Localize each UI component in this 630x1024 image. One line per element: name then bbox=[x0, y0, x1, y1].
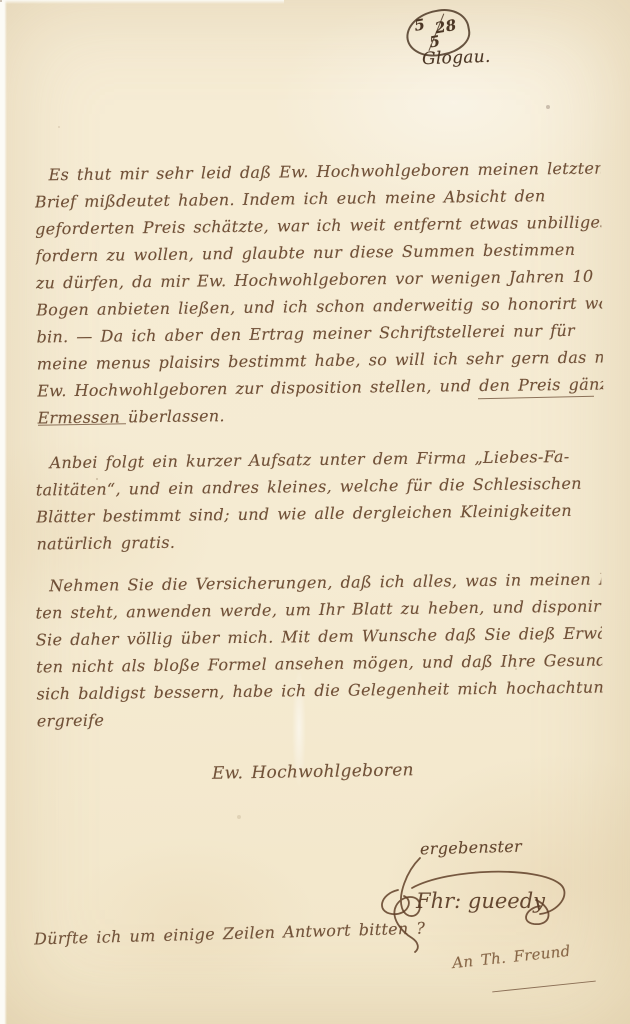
archive-place: Glogau. bbox=[422, 47, 491, 69]
signature-flourish: Fhr: gueedy bbox=[368, 850, 583, 955]
archive-numerator: 5 bbox=[413, 15, 427, 35]
scanned-letter: 5 28 5 Glogau. Es thut mir sehr leid daß… bbox=[0, 0, 630, 1024]
handwriting-line: natürlich gratis. bbox=[36, 524, 602, 558]
postscript-line: Dürfte ich um einige Zeilen Antwort bitt… bbox=[34, 919, 426, 949]
handwriting-line: Ermessen überlassen. bbox=[37, 398, 603, 432]
docket-underline bbox=[492, 981, 596, 993]
letter-paragraph-1: Es thut mir sehr leid daß Ew. Hochwohlge… bbox=[34, 155, 603, 432]
scan-edge-top bbox=[0, 0, 284, 4]
archive-mark: 5 28 5 Glogau. bbox=[398, 8, 528, 78]
letter-paragraph-3: Nehmen Sie die Versicherungen, daß ich a… bbox=[35, 566, 603, 735]
scan-edge-left bbox=[0, 0, 7, 1024]
closing-address: Ew. Hochwohlgeboren bbox=[212, 760, 414, 784]
letter-paragraph-2: Anbei folgt ein kurzer Aufsatz unter dem… bbox=[35, 443, 602, 558]
signature-name: Fhr: gueedy bbox=[415, 889, 546, 913]
paper-specks bbox=[0, 0, 2, 2]
signature-block: Fhr: gueedy bbox=[368, 850, 583, 955]
